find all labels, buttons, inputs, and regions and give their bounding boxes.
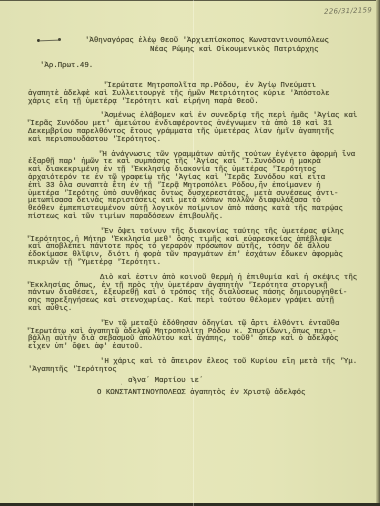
body-text-line: Διὸ καὶ ἐστιν ἀπὸ κοινοῦ θερμὴ ἡ ἐπιθυμί…	[100, 274, 357, 282]
body-text-line: σης παρεξηγήσεως καὶ στενοχωρίας. Καὶ πε…	[28, 297, 334, 305]
body-text-line: 'Ἱερᾶς Συνόδου μετ' ἀμειώτου ἐνδιαφέροντ…	[26, 120, 332, 128]
signature-line: Ο ΚΩΝΣΤΑΝΤΙΝΟΥΠΟΛΕΩΣ ἀγαπητὸς ἐν Χριστῷ …	[97, 389, 305, 397]
salutation-line: χάρις εἴη τῇ ὑμετέρᾳ 'Ἱερότητι καὶ εἰρήν…	[28, 98, 259, 106]
body-text-line: 'Ἐν τῷ μεταξὺ ἐδόθησαν ὁδηγίαι τῷ ἄρτι ἐ…	[100, 320, 340, 328]
closing-blessing-line: 'Η χάρις καὶ τὸ ἄπειρον ἔλεος τοῦ Κυρίου…	[100, 358, 357, 366]
protocol-number: 'Ἀρ.Πρωτ.49.	[40, 62, 93, 70]
document-page: 226/31/2159 'Ἀθηναγόρας ἐλέῳ Θεοῦ 'Ἀρχιε…	[0, 0, 380, 506]
body-text-line: καὶ διακεκριμένη ἐν τῇ 'Ἐκκλησίᾳ διακονί…	[28, 166, 316, 174]
letterhead-line-1: 'Ἀθηναγόρας ἐλέῳ Θεοῦ 'Ἀρχιεπίσκοπος Κων…	[85, 37, 329, 45]
body-text-line: καὶ περισπουδάστου 'Ἱερότητος.	[28, 136, 161, 144]
salutation-line: 'Ἱερώτατε Μητροπολῖτα πρ.Ρόδου, ἐν Ἁγίῳ …	[103, 82, 316, 90]
letterhead-line-2: Νέας Ρώμης καὶ Οἰκουμενικὸς Πατριάρχης	[150, 46, 319, 54]
scan-edge-right	[376, 0, 380, 506]
body-text-line: 'Ἐν ὄψει τοίνυν τῆς διακονίας ταύτης τῆς…	[100, 228, 344, 236]
body-text-line: θεόθεν ἐμπεπιστευμένον αὐτῇ λογικὸν ποίμ…	[28, 205, 343, 213]
scan-edge-top	[0, 0, 380, 1]
pencil-dash-mark	[39, 40, 59, 42]
body-text-line: ἐπὶ 33 ὅλα συναπτὰ ἔτη ἐν τῇ 'Ἱερᾷ Μητρο…	[28, 182, 321, 190]
pencil-mark-end-icon	[58, 38, 61, 41]
body-text-line: πικριῶν τῇ 'Ὑμετέρᾳ 'Ἱερότητι.	[28, 259, 161, 267]
body-text-line: ἐδοκίμασε θλῖψιν, διότι ἡ φορὰ τῶν πραγμ…	[28, 251, 343, 259]
body-text-line: Δεκεμβρίου παρελθόντος ἔτους γράμματα τῆ…	[28, 128, 334, 136]
archive-reference: 226/31/2159	[324, 6, 372, 17]
body-text-line: ἀρχαιότερόν τε ἐν τῷ γραφείῳ τῆς 'Ἁγίας …	[28, 174, 325, 182]
salutation-line: ἀγαπητὲ ἀδελφὲ καὶ Συλλειτουργὲ τῆς ἡμῶν…	[28, 90, 330, 98]
body-text-line: εἶχεν ὑπ' ὄψει ἀφ' ἑαυτοῦ.	[28, 343, 143, 351]
body-text-line: καὶ αὖθις.	[28, 305, 72, 313]
closing-blessing-line: 'Ἀγαπητῆς 'Ἱερότητος	[28, 366, 117, 374]
letter-date: αϡνα΄ Μαρτίου ιε΄	[128, 377, 203, 385]
body-text-line: πίστεως καὶ τῶν τιμίων παραδόσεων ἐπιβου…	[28, 213, 223, 221]
